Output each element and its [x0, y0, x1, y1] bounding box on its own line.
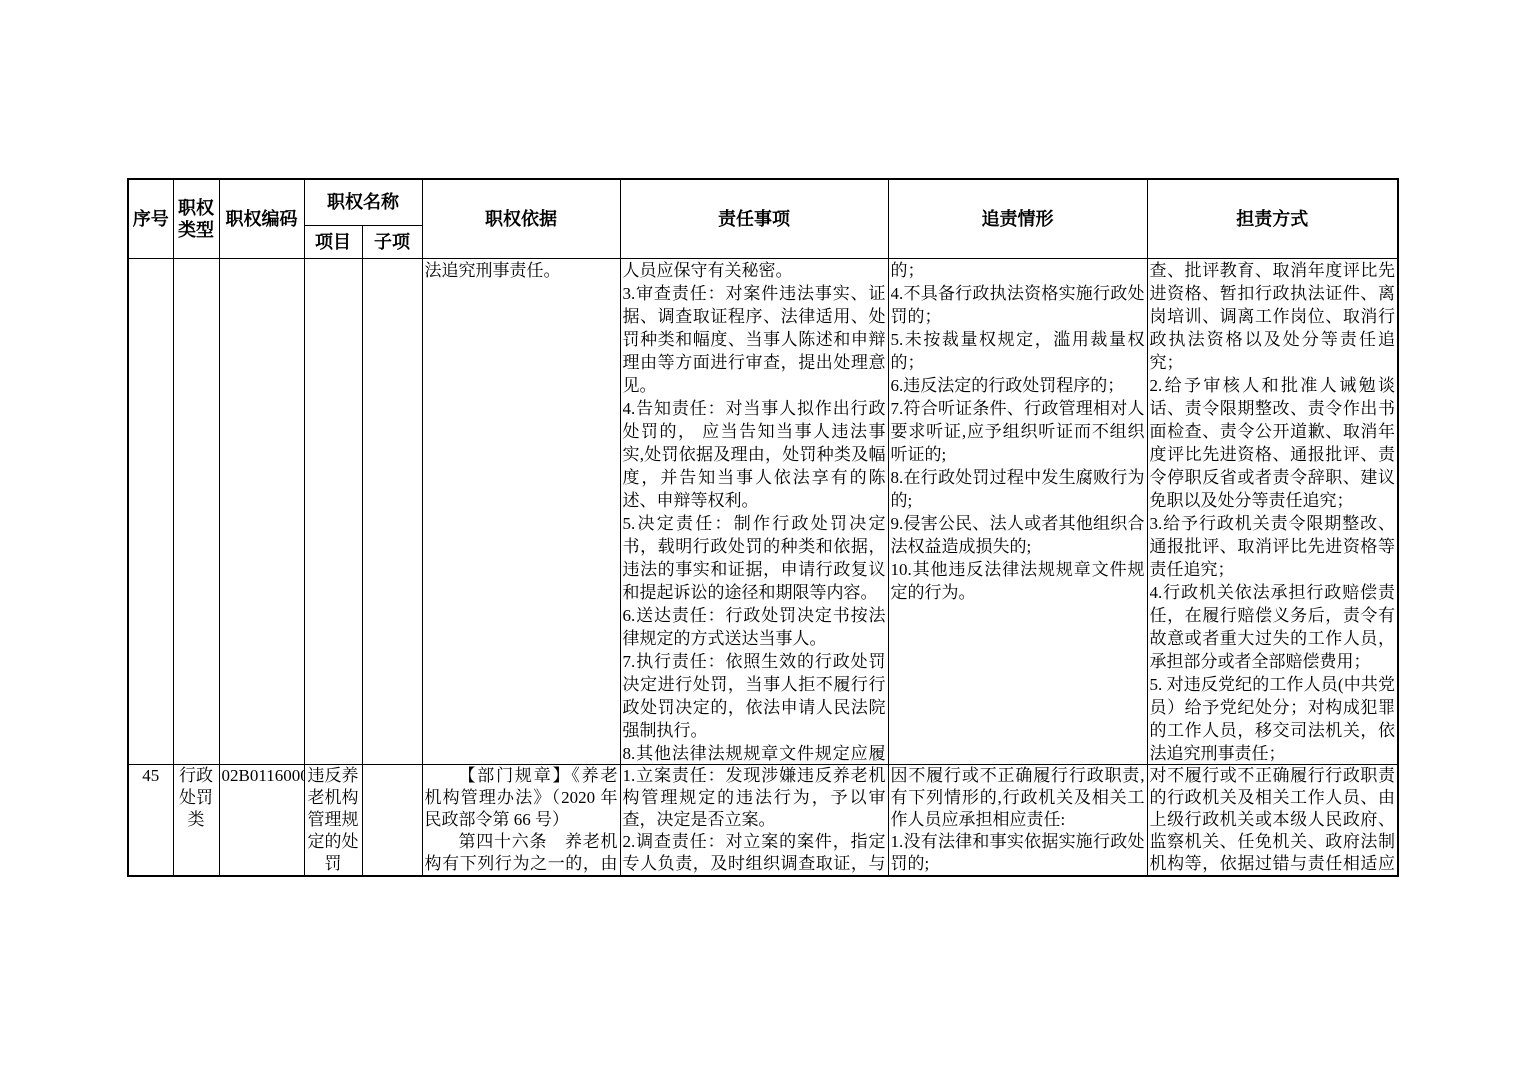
paragraph: 1.立案责任：发现涉嫌违反养老机构管理规定的违法行为，予以审查，决定是否立案。: [623, 765, 886, 831]
cell-authority-basis: 法追究刑事责任。: [422, 258, 620, 764]
cell-project: [304, 258, 362, 764]
paragraph: 因不履行或不正确履行行政职责,有下列情形的,行政机关及相关工作人员应承担相应责任…: [891, 765, 1145, 831]
header-subitem: 子项: [362, 225, 422, 258]
paragraph: 3.审查责任：对案件违法事实、证据、调查取证程序、法律适用、处罚种类和幅度、当事…: [623, 282, 886, 397]
cell-duty-items: 1.立案责任：发现涉嫌违反养老机构管理规定的违法行为，予以审查，决定是否立案。2…: [620, 764, 888, 876]
paragraph: 5.未按裁量权规定，滥用裁量权的；: [891, 328, 1145, 374]
paragraph: 4.告知责任：对当事人拟作出行政处罚的， 应当告知当事人违法事实,处罚依据及理由…: [623, 397, 886, 512]
cell-liability-methods: 查、批评教育、取消年度评比先进资格、暂扣行政执法证件、离岗培训、调离工作岗位、取…: [1147, 258, 1398, 764]
header-authority-type: 职权类型: [173, 179, 219, 258]
cell-subitem: [362, 258, 422, 764]
paragraph: 人员应保守有关秘密。: [623, 259, 886, 282]
paragraph: 10.其他违反法律法规规章文件规定的行为。: [891, 558, 1145, 604]
paragraph: 8.其他法律法规规章文件规定应履行的责任。: [623, 742, 886, 763]
paragraph: 对不履行或不正确履行行政职责的行政机关及相关工作人员、由上级行政机关或本级人民政…: [1150, 765, 1396, 873]
paragraph: 9.侵害公民、法人或者其他组织合法权益造成损失的;: [891, 512, 1145, 558]
header-authority-code: 职权编码: [219, 179, 304, 258]
paragraph: 法追究刑事责任。: [425, 259, 618, 282]
cell-authority-basis: 【部门规章】《养老机构管理办法》（2020 年民政部令第 66 号）第四十六条 …: [422, 764, 620, 876]
cell-seq: 45: [128, 764, 173, 876]
cell-subitem: [362, 764, 422, 876]
cell-authority-code: [219, 258, 304, 764]
table-row-45: 45 行政处罚类 02B0116000 违反养老机构管理规定的处罚 【部门规章】…: [128, 764, 1398, 876]
cell-authority-type: [173, 258, 219, 764]
paragraph: 2.调查责任：对立案的案件，指定专人负责，及时组织调查取证，与当事: [623, 831, 886, 873]
table-row-continuation: 法追究刑事责任。 人员应保守有关秘密。3.审查责任：对案件违法事实、证据、调查取…: [128, 258, 1398, 764]
paragraph: 5. 对违反党纪的工作人员(中共党员）给予党纪处分；对构成犯罪的工作人员，移交司…: [1150, 673, 1396, 763]
header-seq: 序号: [128, 179, 173, 258]
header-authority-name: 职权名称: [304, 179, 422, 225]
document-page: 序号 职权类型 职权编码 职权名称 职权依据 责任事项 追责情形 担责方式 项目…: [0, 0, 1520, 1074]
paragraph: 的；: [891, 259, 1145, 282]
paragraph: 【部门规章】《养老机构管理办法》（2020 年民政部令第 66 号）: [425, 765, 618, 831]
header-duty-items: 责任事项: [620, 179, 888, 258]
cell-authority-code: 02B0116000: [219, 764, 304, 876]
authority-duty-table: 序号 职权类型 职权编码 职权名称 职权依据 责任事项 追责情形 担责方式 项目…: [127, 178, 1399, 877]
paragraph: 8.在行政处罚过程中发生腐败行为的;: [891, 466, 1145, 512]
paragraph: 2.给予审核人和批准人诫勉谈话、责令限期整改、责令作出书面检查、责令公开道歉、取…: [1150, 374, 1396, 512]
header-accountability-situations: 追责情形: [888, 179, 1147, 258]
paragraph: 7.符合听证条件、行政管理相对人要求听证,应予组织听证而不组织听证的;: [891, 397, 1145, 466]
paragraph: 3.给予行政机关责令限期整改、通报批评、取消评比先进资格等责任追究；: [1150, 512, 1396, 581]
paragraph: 7.执行责任：依照生效的行政处罚决定进行处罚，当事人拒不履行行政处罚决定的，依法…: [623, 650, 886, 742]
paragraph: 4.行政机关依法承担行政赔偿责任，在履行赔偿义务后，责令有故意或者重大过失的工作…: [1150, 581, 1396, 673]
paragraph: 5.决定责任：制作行政处罚决定书，载明行政处罚的种类和依据，违法的事实和证据，申…: [623, 512, 886, 604]
cell-duty-items: 人员应保守有关秘密。3.审查责任：对案件违法事实、证据、调查取证程序、法律适用、…: [620, 258, 888, 764]
cell-authority-type: 行政处罚类: [173, 764, 219, 876]
paragraph: 1.没有法律和事实依据实施行政处罚的;: [891, 831, 1145, 873]
paragraph: 4.不具备行政执法资格实施行政处罚的；: [891, 282, 1145, 328]
cell-accountability-situations: 因不履行或不正确履行行政职责,有下列情形的,行政机关及相关工作人员应承担相应责任…: [888, 764, 1147, 876]
header-authority-basis: 职权依据: [422, 179, 620, 258]
header-project: 项目: [304, 225, 362, 258]
cell-accountability-situations: 的；4.不具备行政执法资格实施行政处罚的；5.未按裁量权规定，滥用裁量权的；6.…: [888, 258, 1147, 764]
header-liability-methods: 担责方式: [1147, 179, 1398, 258]
paragraph: 6.送达责任：行政处罚决定书按法律规定的方式送达当事人。: [623, 604, 886, 650]
paragraph: 6.违反法定的行政处罚程序的；: [891, 374, 1145, 397]
cell-project: 违反养老机构管理规定的处罚: [304, 764, 362, 876]
cell-seq: [128, 258, 173, 764]
paragraph: 第四十六条 养老机构有下列行为之一的，由民政: [425, 831, 618, 873]
paragraph: 查、批评教育、取消年度评比先进资格、暂扣行政执法证件、离岗培训、调离工作岗位、取…: [1150, 259, 1396, 374]
cell-liability-methods: 对不履行或不正确履行行政职责的行政机关及相关工作人员、由上级行政机关或本级人民政…: [1147, 764, 1398, 876]
